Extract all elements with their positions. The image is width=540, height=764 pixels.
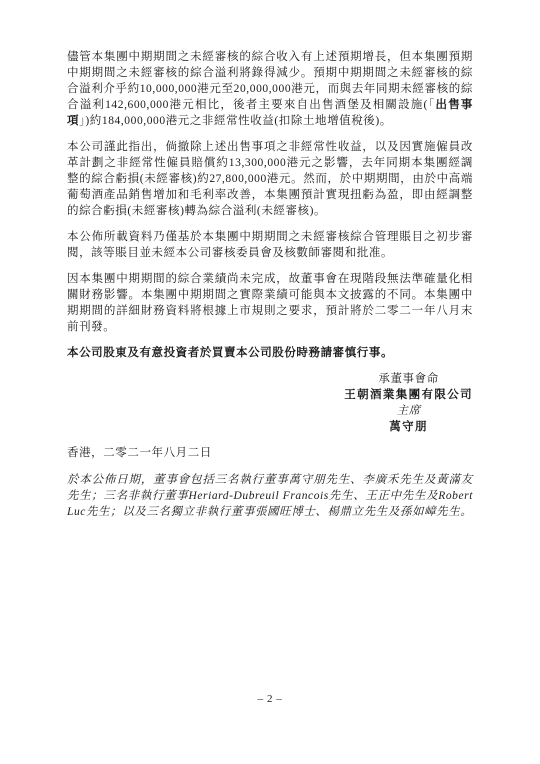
paragraph-expected-profit-text: 儘管本集團中期期間之未經審核的綜合收入有上述預期增長，但本集團預期中期期間之未經…: [67, 51, 473, 111]
by-order-of-board-line: 承董事會命: [344, 371, 473, 387]
paragraph-expected-profit-tail: 」)約184,000,000港元之非經常性收益(扣除土地增值稅後)。: [79, 115, 392, 127]
page-number: – 2 –: [0, 693, 540, 705]
signature-block: 承董事會命 王朝酒業集團有限公司 主席 萬守朋: [67, 371, 473, 435]
paragraph-results-pending: 因本集團中期期間的綜合業績尚未完成，故董事會在現階段無法準確量化相關財務影響。本…: [67, 271, 473, 335]
paragraph-management-accounts: 本公佈所載資料乃僅基於本集團中期期間之未經審核綜合管理賬目之初步審閱，該等賬目並…: [67, 229, 473, 261]
paragraph-expected-profit: 儘管本集團中期期間之未經審核的綜合收入有上述預期增長，但本集團預期中期期間之未經…: [67, 49, 473, 129]
dateline: 香港，二零二一年八月二日: [67, 445, 473, 461]
paragraph-adjusted-loss: 本公司謹此指出，倘撤除上述出售事項之非經常性收益，以及因實施僱員改革計劃之非經常…: [67, 139, 473, 219]
announcement-page: 儘管本集團中期期間之未經審核的綜合收入有上述預期增長，但本集團預期中期期間之未經…: [0, 0, 540, 764]
company-name: 王朝酒業集團有限公司: [344, 387, 473, 403]
directors-note: 於本公佈日期，董事會包括三名執行董事萬守朋先生、李廣禾先生及黃滿友先生；三名非執…: [67, 472, 473, 520]
chairman-name: 萬守朋: [344, 419, 473, 435]
paragraph-shareholder-caution: 本公司股東及有意投資者於買賣本公司股份時務請審慎行事。: [67, 345, 473, 361]
chairman-title: 主席: [344, 403, 473, 419]
document-body: 儘管本集團中期期間之未經審核的綜合收入有上述預期增長，但本集團預期中期期間之未經…: [67, 49, 473, 520]
